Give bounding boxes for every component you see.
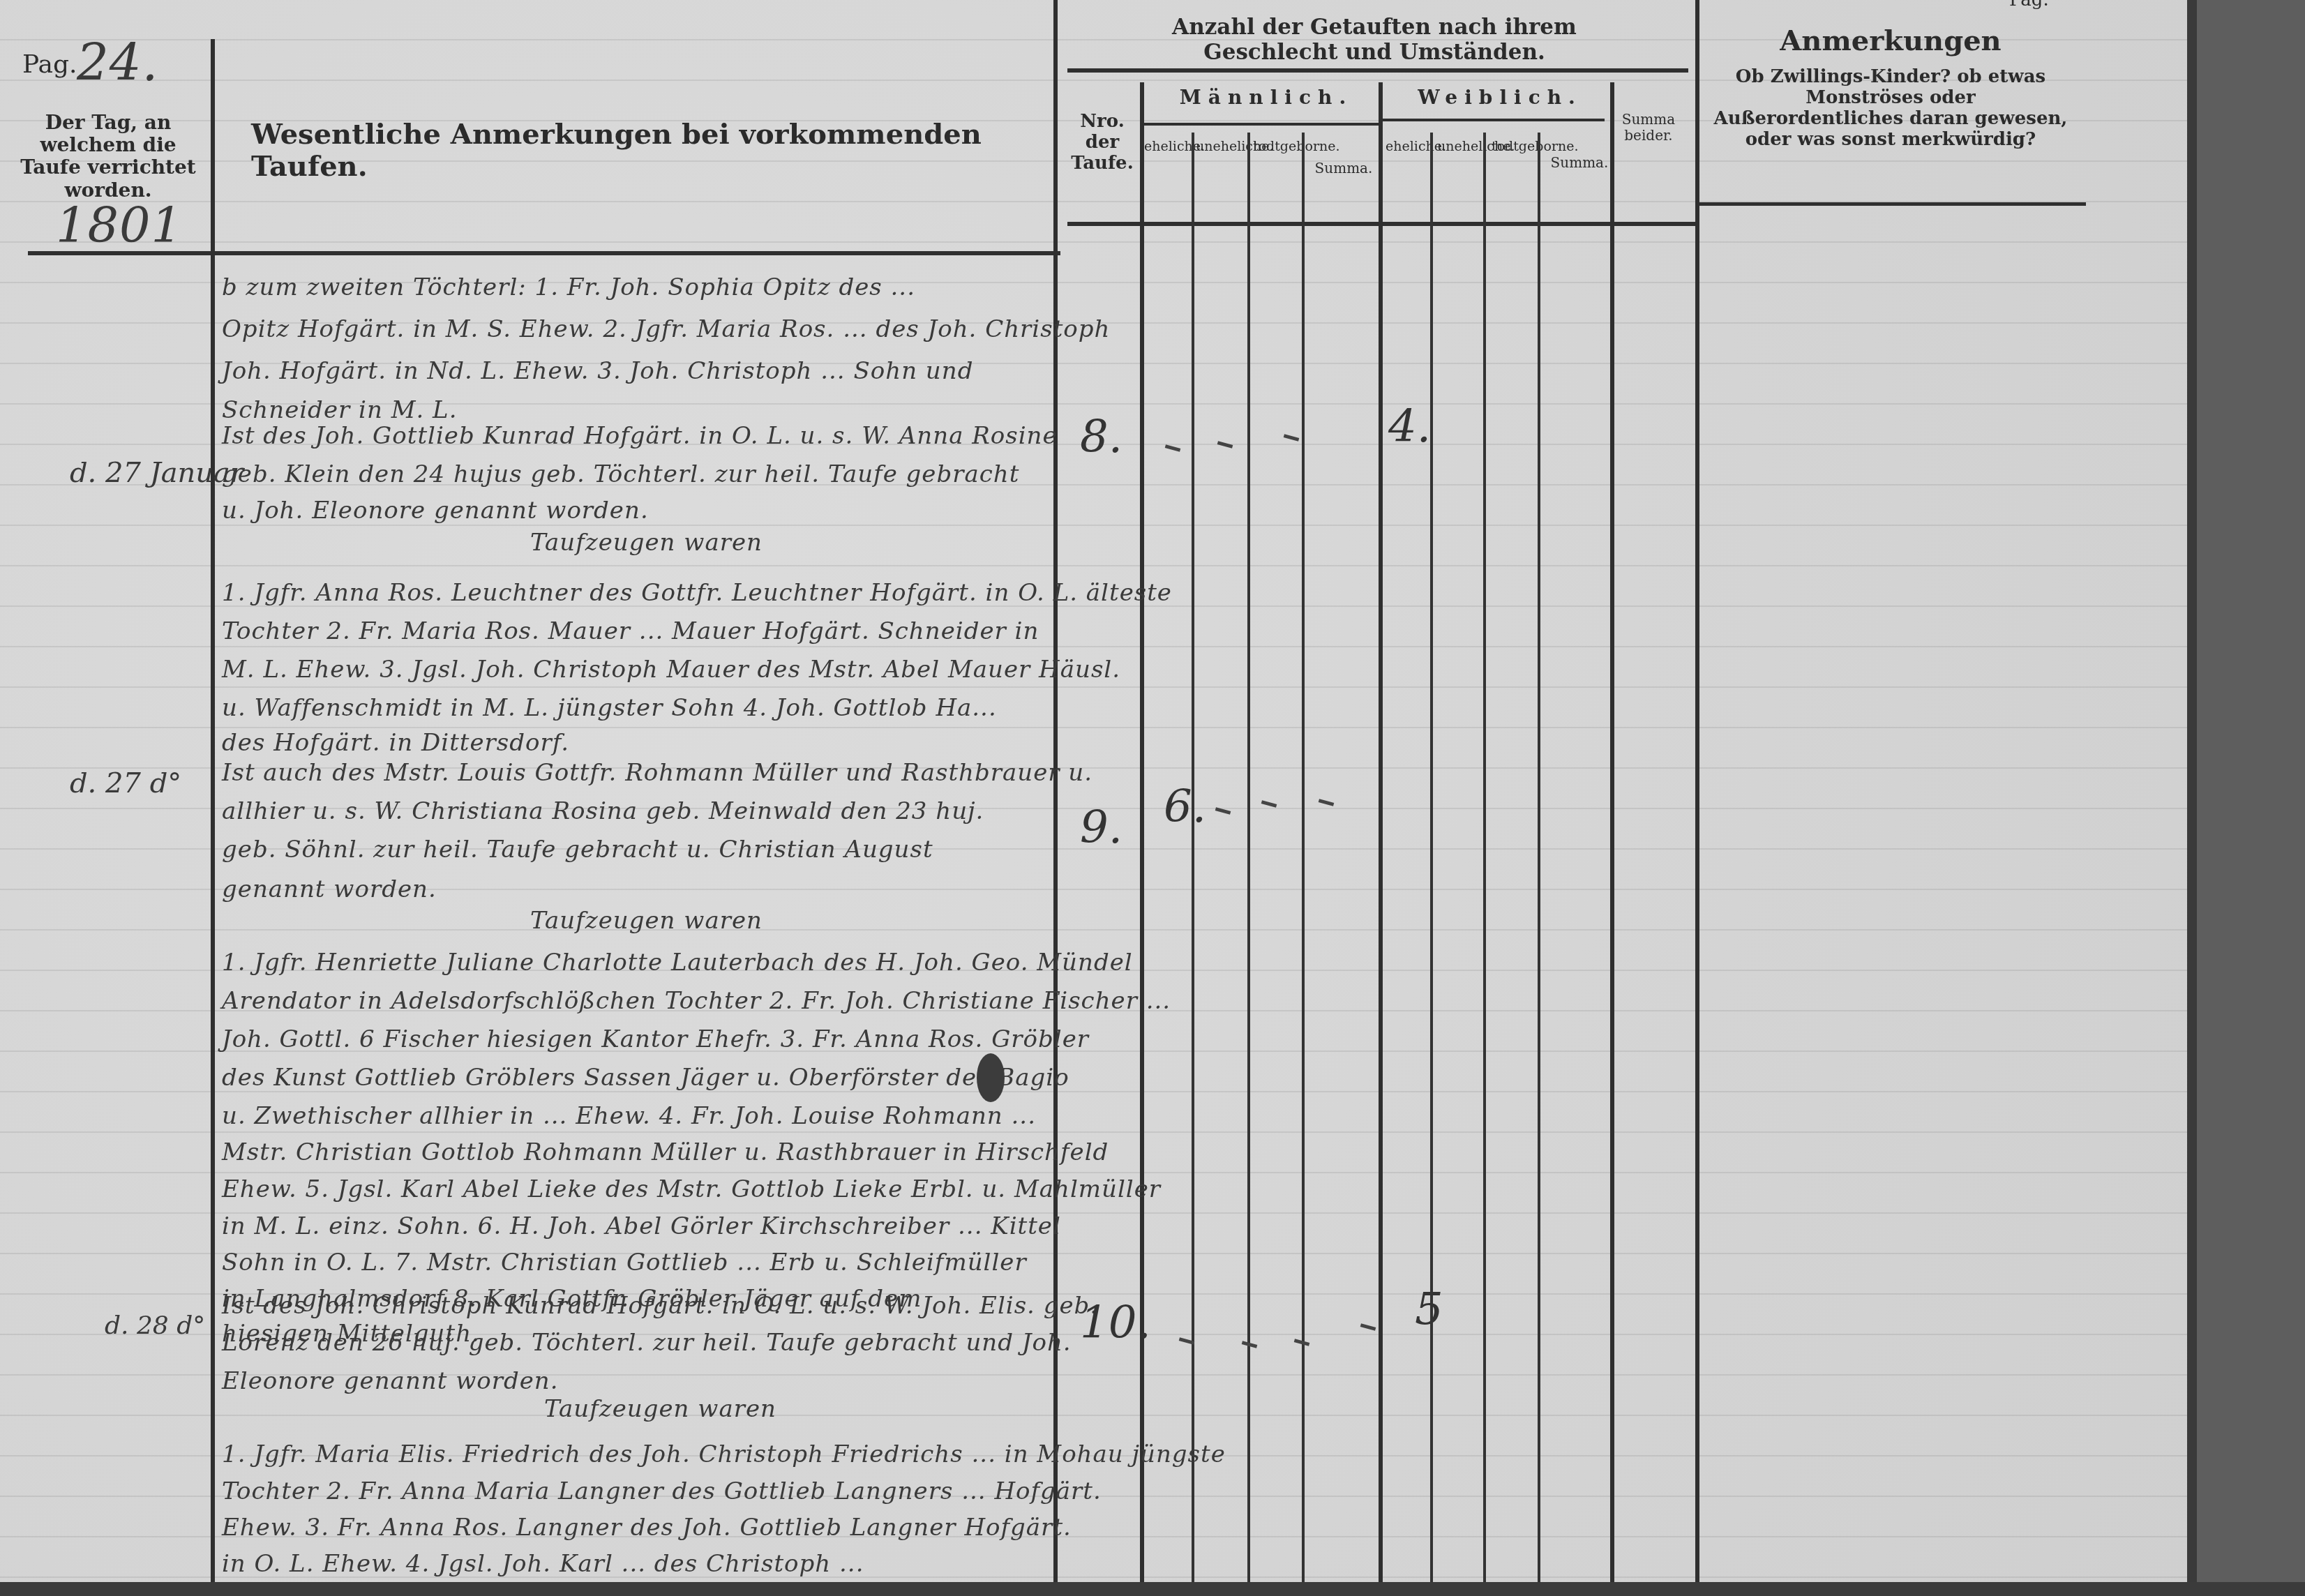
entry-1-male-illegit-dash [1217, 441, 1233, 449]
male-div-1 [1192, 133, 1194, 1596]
count-top-rule [1067, 68, 1688, 73]
entry-3-line: Eleonore genannt worden. [222, 1367, 1052, 1395]
next-page-label: Pag. [2009, 0, 2049, 11]
female-sub-rule [1381, 119, 1605, 121]
register-page: Pag. 24. Der Tag, an welchem die Taufe v… [0, 0, 2187, 1596]
remarks-title: Anmerkungen [1744, 25, 2037, 57]
entry-1-line: geb. Klein den 24 hujus geb. Töchterl. z… [222, 460, 1052, 488]
total-remarks-divider [1695, 0, 1699, 1596]
header-rule-left [28, 251, 1060, 255]
count-group-header: Anzahl der Getauften nach ihrem Geschlec… [1109, 15, 1639, 65]
entry-3-date: d. 28 d° [105, 1311, 205, 1340]
date-column-header: Der Tag, an welchem die Taufe verrichtet… [14, 112, 202, 202]
entry-3-sponsor: 1. Jgfr. Maria Elis. Friedrich des Joh. … [222, 1440, 1052, 1468]
female-div-1 [1430, 133, 1433, 1596]
entry-2-line: Ist auch des Mstr. Louis Gottfr. Rohmann… [222, 759, 1052, 787]
female-stillborn-header: todtgeborne. [1492, 140, 1545, 155]
entry-1-male-legit-dash [1165, 444, 1181, 452]
entry-1-line: u. Joh. Eleonore genannt worden. [222, 497, 1052, 525]
entry-0-line: b zum zweiten Töchterl: 1. Fr. Joh. Soph… [222, 273, 1052, 301]
entry-1-sponsor: u. Waffenschmidt in M. L. jüngster Sohn … [222, 694, 1052, 722]
entry-1-male-stillborn-dash [1284, 434, 1300, 442]
male-sub-rule [1144, 123, 1379, 126]
male-illegit-header: uneheliche. [1196, 140, 1250, 155]
page-bottom-edge [0, 1582, 2305, 1596]
entry-1-sponsors-heading: Taufzeugen waren [530, 529, 763, 557]
entry-3-male-sum-dash [1360, 1323, 1376, 1331]
female-div-2 [1483, 133, 1486, 1596]
entry-2-line: geb. Söhnl. zur heil. Taufe gebracht u. … [222, 836, 1052, 864]
female-legit-header: eheliche. [1386, 140, 1432, 155]
entry-2-male-illegit-dash [1215, 807, 1231, 815]
date-col-divider [211, 39, 215, 1596]
page-number: 24. [77, 33, 159, 92]
entry-0-line: Joh. Hofgärt. in Nd. L. Ehew. 3. Joh. Ch… [222, 357, 1052, 385]
entry-3-sponsor: in O. L. Ehew. 4. Jgsl. Joh. Karl ... de… [222, 1550, 1052, 1578]
entry-2-sponsor: Mstr. Christian Gottlob Rohmann Müller u… [222, 1138, 1052, 1166]
entry-1-nro: 8. [1080, 412, 1123, 463]
entry-1-sponsor: Tochter 2. Fr. Maria Ros. Mauer ... Maue… [222, 617, 1052, 645]
nro-divider [1140, 82, 1144, 1596]
male-group-header: Männlich. [1151, 86, 1381, 109]
entry-1-line: Ist des Joh. Gottlieb Kunrad Hofgärt. in… [222, 422, 1052, 450]
male-sum-header: Summa. [1309, 160, 1379, 176]
entry-3-female-legit: 5 [1415, 1283, 1443, 1335]
male-female-divider [1379, 82, 1383, 1596]
total-header: Summa beider. [1619, 112, 1679, 144]
male-stillborn-header: todtgeborne. [1253, 140, 1306, 155]
entry-2-sponsor: des Kunst Gottlieb Gröblers Sassen Jäger… [222, 1064, 1052, 1092]
entry-2-sponsor: Sohn in O. L. 7. Mstr. Christian Gottlie… [222, 1249, 1052, 1277]
entry-2-sponsor: 1. Jgfr. Henriette Juliane Charlotte Lau… [222, 949, 1052, 977]
male-div-3 [1302, 133, 1305, 1596]
entry-2-male-sum-dash [1319, 799, 1335, 806]
entry-0-line: Opitz Hofgärt. in M. S. Ehew. 2. Jgfr. M… [222, 315, 1052, 343]
nro-header: Nro. der Taufe. [1063, 112, 1141, 174]
book-binding [2187, 0, 2305, 1596]
male-legit-header: eheliche. [1144, 140, 1190, 155]
entry-2-date: d. 27 d° [70, 767, 181, 799]
entry-2-sponsors-heading: Taufzeugen waren [530, 907, 763, 935]
entry-2-sponsor: u. Zwethischer allhier in ... Ehew. 4. F… [222, 1102, 1052, 1130]
remarks-subtitle: Ob Zwillings-Kinder? ob etwas Monströses… [1709, 67, 2072, 151]
entry-2-line: allhier u. s. W. Christiana Rosina geb. … [222, 797, 1052, 825]
entry-1-sponsor: des Hofgärt. in Dittersdorf. [222, 729, 1052, 757]
female-total-divider [1610, 82, 1614, 1596]
male-div-2 [1247, 133, 1250, 1596]
year: 1801 [56, 197, 183, 254]
entry-1-date: d. 27 Januar [70, 457, 243, 489]
entry-2-sponsor: in M. L. einz. Sohn. 6. H. Joh. Abel Gör… [222, 1212, 1052, 1240]
entry-1-female-legit: 4. [1388, 401, 1431, 453]
female-group-header: Weiblich. [1388, 86, 1612, 109]
entry-3-sponsor: Tochter 2. Fr. Anna Maria Langner des Go… [222, 1477, 1052, 1505]
entry-2-sponsor: Arendator in Adelsdorfschlößchen Tochter… [222, 987, 1052, 1015]
female-div-3 [1538, 133, 1540, 1596]
entry-2-line: genannt worden. [222, 875, 1052, 903]
entry-3-nro: 10. [1080, 1297, 1151, 1349]
entry-2-sponsor: Joh. Gottl. 6 Fischer hiesigen Kantor Eh… [222, 1025, 1052, 1053]
entry-3-sponsor: Ehew. 3. Fr. Anna Ros. Langner des Joh. … [222, 1514, 1052, 1542]
entry-2-male-legit: 6. [1164, 781, 1206, 833]
entry-2-male-stillborn-dash [1261, 800, 1277, 808]
notes-column-header: Wesentliche Anmerkungen bei vorkommenden… [251, 119, 1005, 183]
female-illegit-header: uneheliche. [1437, 140, 1490, 155]
page-label: Pag. [22, 50, 77, 79]
entry-3-line: Lorenz den 26 huj. geb. Töchterl. zur he… [222, 1329, 1052, 1357]
entry-1-sponsor: 1. Jgfr. Anna Ros. Leuchtner des Gottfr.… [222, 579, 1052, 607]
female-sum-header: Summa. [1547, 155, 1612, 171]
entry-2-nro: 9. [1080, 802, 1123, 854]
ink-blot [977, 1053, 1005, 1102]
remarks-rule [1695, 202, 2086, 206]
entry-3-line: Ist des Joh. Christoph Kunrad Hofgärt. i… [222, 1292, 1052, 1320]
entry-1-sponsor: M. L. Ehew. 3. Jgsl. Joh. Christoph Maue… [222, 656, 1052, 684]
entry-2-sponsor: Ehew. 5. Jgsl. Karl Abel Lieke des Mstr.… [222, 1175, 1052, 1203]
entry-0-line: Schneider in M. L. [222, 396, 1052, 424]
entry-3-sponsors-heading: Taufzeugen waren [544, 1395, 776, 1423]
